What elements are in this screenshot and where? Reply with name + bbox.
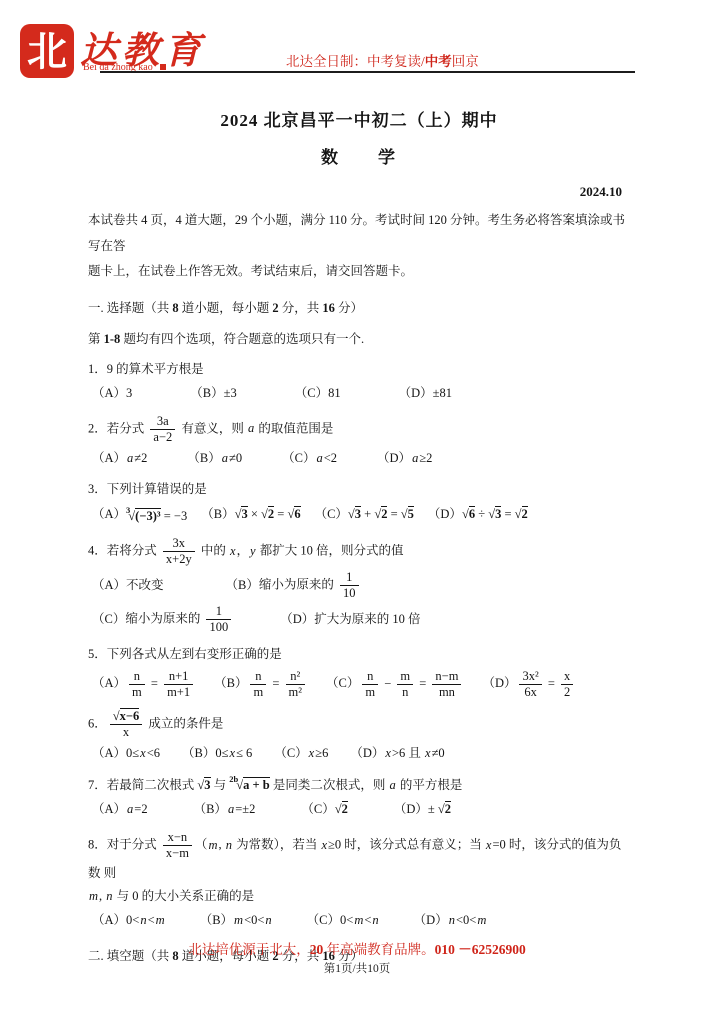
question-2: 2．若分式 3aa−2 有意义，则 a 的取值范围是 （A）a≠2 （B）a≠0…	[88, 413, 630, 471]
q3-option-d: （D）√6 ÷ √3 = √2	[428, 503, 528, 527]
q2-option-d: （D）a≥2	[377, 447, 432, 471]
header-tagline: 北达全日制：中考复读/中考回京	[286, 50, 479, 70]
intro-line-2: 题卡上，在试卷上作答无效。考试结束后，请交回答题卡。	[88, 259, 630, 285]
footer-brand-line: 北达培优源于北大，20 年高端教育品牌。010 －62526900	[0, 938, 714, 958]
question-1: 1．9 的算术平方根是 （A）3 （B）±3 （C）81 （D）±81	[88, 358, 630, 406]
subject-title: 数 学	[88, 143, 630, 168]
q8-option-d: （D）n<0<m	[414, 909, 488, 933]
seal-character: 北	[27, 29, 67, 74]
question-8-stem-line2: m, n 与 0 的大小关系正确的是	[88, 885, 630, 908]
q7-option-c: （C）√2	[301, 798, 347, 822]
question-6-options: （A）0≤x<6 （B）0≤x≤ 6 （C）x≥6 （D）x>6 且 x≠0	[88, 742, 630, 766]
q5-option-c: （C）nm − mn = n−mmn	[326, 668, 464, 701]
q5-option-a: （A）nm = n+1m+1	[92, 668, 196, 701]
question-7-options: （A）a=2 （B）a=±2 （C）√2 （D）± √2	[88, 798, 630, 822]
question-6: 6．√x−6x 成立的条件是 （A）0≤x<6 （B）0≤x≤ 6 （C）x≥6…	[88, 708, 630, 766]
q7-option-b: （B）a=±2	[194, 798, 256, 822]
question-4-options-row1: （A）不改变 （B）缩小为原来的 110	[88, 569, 630, 602]
q6-option-c: （C）x≥6	[274, 742, 328, 766]
exam-date: 2024.10	[88, 184, 622, 200]
q4-option-a: （A）不改变	[92, 574, 164, 598]
q1-option-b: （B）±3	[190, 382, 236, 406]
footer: 北达培优源于北大，20 年高端教育品牌。010 －62526900 第1页/共1…	[0, 938, 714, 976]
question-8-stem: 8．对于分式 x−nx−m（m, n 为常数），若当 x≥0 时，该分式总有意义…	[88, 829, 630, 885]
q4-option-b: （B）缩小为原来的 110	[226, 569, 362, 602]
brand-seal-logo: 北	[21, 25, 73, 77]
question-4-stem: 4．若将分式 3xx+2y 中的 x，y 都扩大 10 倍，则分式的值	[88, 535, 630, 568]
selection-note: 第 1-8 题均有四个选项，符合题意的选项只有一个.	[88, 328, 630, 351]
question-5-options: （A）nm = n+1m+1 （B）nm = n²m² （C）nm − mn =…	[88, 668, 630, 701]
q6-option-b: （B）0≤x≤ 6	[182, 742, 252, 766]
question-4-options-row2: （C）缩小为原来的 1100 （D）扩大为原来的 10 倍	[88, 603, 630, 636]
question-3: 3．下列计算错误的是 （A）3√(−3)³ = −3 （B）√3 × √2 = …	[88, 478, 630, 529]
question-3-options: （A）3√(−3)³ = −3 （B）√3 × √2 = √6 （C）√3 + …	[88, 502, 630, 529]
question-2-options: （A）a≠2 （B）a≠0 （C）a<2 （D）a≥2	[88, 447, 630, 471]
q5-option-b: （B）nm = n²m²	[214, 668, 308, 701]
q6-option-d: （D）x>6 且 x≠0	[350, 742, 444, 766]
intro-paragraph: 本试卷共 4 页，4 道大题，29 个小题，满分 110 分。考试时间 120 …	[88, 208, 630, 285]
question-8: 8．对于分式 x−nx−m（m, n 为常数），若当 x≥0 时，该分式总有意义…	[88, 829, 630, 933]
q2-option-c: （C）a<2	[282, 447, 337, 471]
question-5-stem: 5．下列各式从左到右变形正确的是	[88, 643, 630, 666]
question-3-stem: 3．下列计算错误的是	[88, 478, 630, 501]
q3-option-c: （C）√3 + √2 = √5	[315, 503, 414, 527]
q6-option-a: （A）0≤x<6	[92, 742, 160, 766]
question-7: 7．若最简二次根式 √3 与 2b√a + b 是同类二次根式，则 a 的平方根…	[88, 772, 630, 822]
q4-option-c: （C）缩小为原来的 1100	[92, 603, 234, 636]
q8-option-b: （B）m<0<n	[200, 909, 273, 933]
q8-option-c: （C）0<m<n	[307, 909, 380, 933]
q7-option-a: （A）a=2	[92, 798, 148, 822]
question-5: 5．下列各式从左到右变形正确的是 （A）nm = n+1m+1 （B）nm = …	[88, 643, 630, 700]
question-1-stem: 1．9 的算术平方根是	[88, 358, 630, 381]
brand-dot-icon	[160, 64, 166, 70]
q4-option-d: （D）扩大为原来的 10 倍	[280, 608, 420, 632]
page-title: 2024 北京昌平一中初二（上）期中	[88, 106, 630, 131]
header: 北 达教育 Bei da zhong kao 北达全日制：中考复读/中考回京	[0, 0, 714, 82]
question-7-stem: 7．若最简二次根式 √3 与 2b√a + b 是同类二次根式，则 a 的平方根…	[88, 772, 630, 797]
question-4: 4．若将分式 3xx+2y 中的 x，y 都扩大 10 倍，则分式的值 （A）不…	[88, 535, 630, 636]
intro-line-1: 本试卷共 4 页，4 道大题，29 个小题，满分 110 分。考试时间 120 …	[88, 208, 630, 259]
q3-option-b: （B）√3 × √2 = √6	[201, 503, 300, 527]
exam-body: 2024 北京昌平一中初二（上）期中 数 学 2024.10 本试卷共 4 页，…	[88, 106, 630, 968]
question-2-stem: 2．若分式 3aa−2 有意义，则 a 的取值范围是	[88, 413, 630, 446]
q7-option-d: （D）± √2	[394, 798, 451, 822]
section-1-heading: 一. 选择题（共 8 道小题，每小题 2 分，共 16 分）	[88, 297, 630, 320]
header-rule	[100, 71, 635, 73]
question-1-options: （A）3 （B）±3 （C）81 （D）±81	[88, 382, 630, 406]
q2-option-a: （A）a≠2	[92, 447, 147, 471]
q1-option-a: （A）3	[92, 382, 132, 406]
page-number: 第1页/共10页	[0, 960, 714, 976]
q1-option-c: （C）81	[295, 382, 341, 406]
question-8-options: （A）0<n<m （B）m<0<n （C）0<m<n （D）n<0<m	[88, 909, 630, 933]
q1-option-d: （D）±81	[399, 382, 452, 406]
question-6-stem: 6．√x−6x 成立的条件是	[88, 708, 630, 741]
q5-option-d: （D）3x²6x = x2	[482, 668, 576, 701]
q8-option-a: （A）0<n<m	[92, 909, 166, 933]
q2-option-b: （B）a≠0	[187, 447, 242, 471]
q3-option-a: （A）3√(−3)³ = −3	[92, 502, 187, 529]
